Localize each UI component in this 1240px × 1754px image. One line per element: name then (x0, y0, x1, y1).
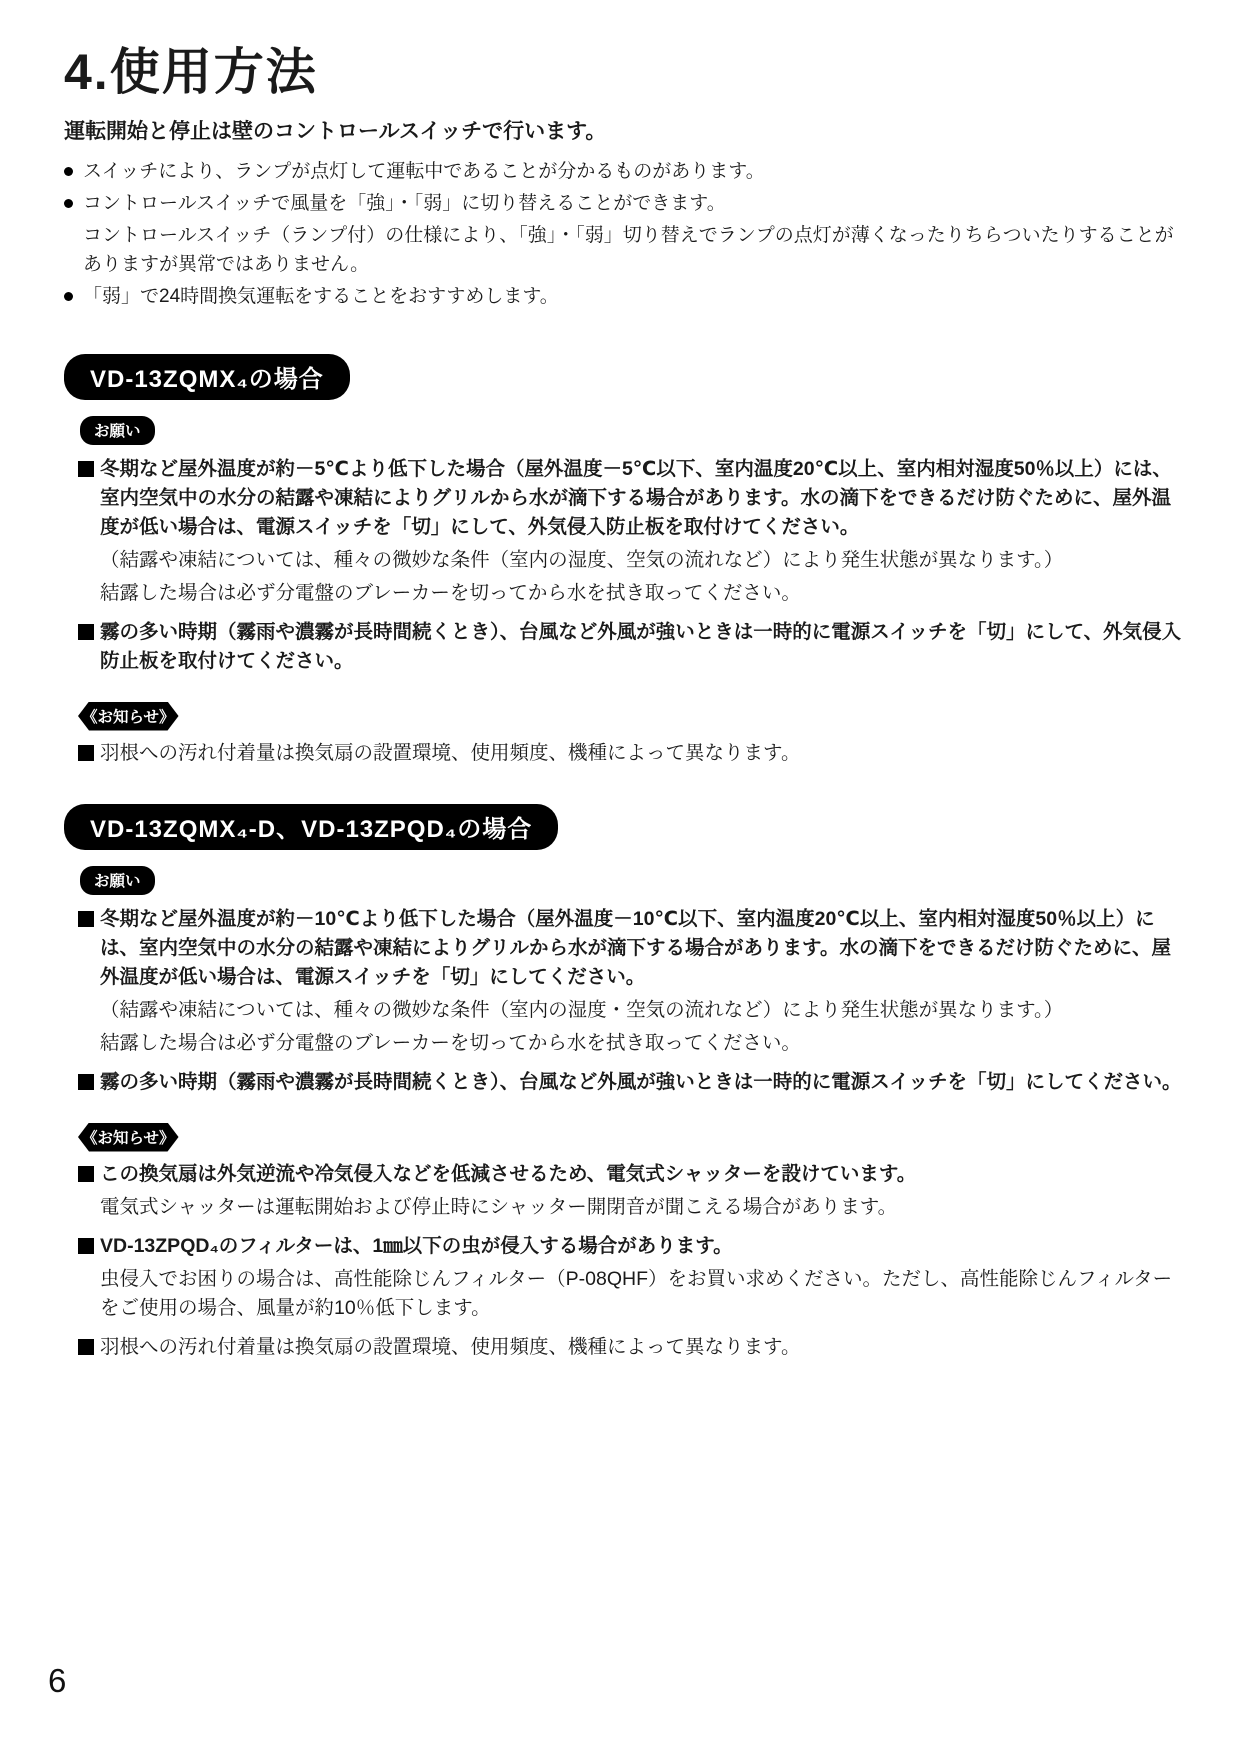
bullet-dot-icon (64, 292, 73, 301)
notice-item: 冬期など屋外温度が約－10℃より低下した場合（屋外温度－10℃以下、室内温度20… (78, 905, 1182, 992)
list-item: 「弱」で24時間換気運転をすることをおすすめします。 (64, 282, 1182, 311)
manual-page: 4.使用方法 運転開始と停止は壁のコントロールスイッチで行います。 スイッチによ… (0, 0, 1240, 1754)
notice-item: 冬期など屋外温度が約－5℃より低下した場合（屋外温度－5℃以下、室内温度20℃以… (78, 455, 1182, 542)
item-text: 冬期など屋外温度が約－10℃より低下した場合（屋外温度－10℃以下、室内温度20… (100, 908, 1171, 988)
notice-item: 羽根への汚れ付着量は換気扇の設置環境、使用頻度、機種によって異なります。 (78, 739, 1182, 768)
notice-item: 霧の多い時期（霧雨や濃霧が長時間続くとき）、台風など外風が強いときは一時的に電源… (78, 618, 1182, 676)
bullet-text: スイッチにより、ランプが点灯して運転中であることが分かるものがあります。 (83, 161, 765, 182)
page-title: 4.使用方法 (64, 46, 1182, 99)
item-sub-note: 電気式シャッターは運転開始および停止時にシャッター開閉音が聞こえる場合があります… (78, 1193, 1182, 1222)
square-bullet-icon (78, 624, 94, 640)
item-sub-note: 結露した場合は必ず分電盤のブレーカーを切ってから水を拭き取ってください。 (78, 1029, 1182, 1058)
section-body: お願い 冬期など屋外温度が約－10℃より低下した場合（屋外温度－10℃以下、室内… (78, 850, 1182, 1362)
bullet-text: 「弱」で24時間換気運転をすることをおすすめします。 (83, 286, 559, 307)
item-sub-note: 結露した場合は必ず分電盤のブレーカーを切ってから水を拭き取ってください。 (78, 579, 1182, 608)
square-bullet-icon (78, 461, 94, 477)
item-text: 冬期など屋外温度が約－5℃より低下した場合（屋外温度－5℃以下、室内温度20℃以… (100, 458, 1172, 538)
request-badge: お願い (80, 416, 155, 445)
square-bullet-icon (78, 1074, 94, 1090)
square-bullet-icon (78, 745, 94, 761)
item-text: 霧の多い時期（霧雨や濃霧が長時間続くとき）、台風など外風が強いときは一時的に電源… (100, 1071, 1181, 1093)
square-bullet-icon (78, 911, 94, 927)
notice-item: VD-13ZPQD₄のフィルターは、1㎜以下の虫が侵入する場合があります。 (78, 1232, 1182, 1261)
item-text: VD-13ZPQD₄のフィルターは、1㎜以下の虫が侵入する場合があります。 (100, 1235, 733, 1257)
item-sub-note: 虫侵入でお困りの場合は、高性能除じんフィルター（P-08QHF）をお買い求めくだ… (78, 1265, 1182, 1323)
notice-badge: 《お知らせ》 (78, 1123, 179, 1152)
square-bullet-icon (78, 1238, 94, 1254)
request-badge: お願い (80, 866, 155, 895)
square-bullet-icon (78, 1166, 94, 1182)
item-text: 霧の多い時期（霧雨や濃霧が長時間続くとき）、台風など外風が強いときは一時的に電源… (100, 621, 1181, 672)
square-bullet-icon (78, 1339, 94, 1355)
bullet-dot-icon (64, 167, 73, 176)
section-vd13zqmx4: VD-13ZQMX₄の場合 お願い 冬期など屋外温度が約－5℃より低下した場合（… (64, 314, 1182, 768)
model-heading-pill: VD-13ZQMX₄の場合 (64, 354, 350, 400)
item-text: この換気扇は外気逆流や冷気侵入などを低減させるため、電気式シャッターを設けていま… (100, 1163, 916, 1185)
page-subtitle: 運転開始と停止は壁のコントロールスイッチで行います。 (64, 115, 1182, 145)
bullet-text: コントロールスイッチで風量を「強」・「弱」に切り替えることができます。 (83, 193, 726, 214)
item-sub-note: （結露や凍結については、種々の微妙な条件（室内の湿度・空気の流れなど）により発生… (78, 996, 1182, 1025)
intro-bullet-list: スイッチにより、ランプが点灯して運転中であることが分かるものがあります。 コント… (64, 157, 1182, 311)
page-number: 6 (48, 1662, 66, 1700)
item-text: 羽根への汚れ付着量は換気扇の設置環境、使用頻度、機種によって異なります。 (100, 1336, 800, 1358)
notice-item: この換気扇は外気逆流や冷気侵入などを低減させるため、電気式シャッターを設けていま… (78, 1160, 1182, 1189)
section-body: お願い 冬期など屋外温度が約－5℃より低下した場合（屋外温度－5℃以下、室内温度… (78, 400, 1182, 768)
notice-item: 羽根への汚れ付着量は換気扇の設置環境、使用頻度、機種によって異なります。 (78, 1333, 1182, 1362)
model-heading-pill: VD-13ZQMX₄-D、VD-13ZPQD₄の場合 (64, 804, 558, 850)
item-text: 羽根への汚れ付着量は換気扇の設置環境、使用頻度、機種によって異なります。 (100, 742, 800, 764)
bullet-dot-icon (64, 199, 73, 208)
list-item: スイッチにより、ランプが点灯して運転中であることが分かるものがあります。 (64, 157, 1182, 186)
bullet-sub-note: コントロールスイッチ（ランプ付）の仕様により、「強」・「弱」切り替えでランプの点… (64, 221, 1182, 279)
notice-item: 霧の多い時期（霧雨や濃霧が長時間続くとき）、台風など外風が強いときは一時的に電源… (78, 1068, 1182, 1097)
section-vd13zqmx4d-vd13zpqd4: VD-13ZQMX₄-D、VD-13ZPQD₄の場合 お願い 冬期など屋外温度が… (64, 772, 1182, 1362)
item-sub-note: （結露や凍結については、種々の微妙な条件（室内の湿度、空気の流れなど）により発生… (78, 546, 1182, 575)
list-item: コントロールスイッチで風量を「強」・「弱」に切り替えることができます。 (64, 189, 1182, 218)
notice-badge: 《お知らせ》 (78, 702, 179, 731)
